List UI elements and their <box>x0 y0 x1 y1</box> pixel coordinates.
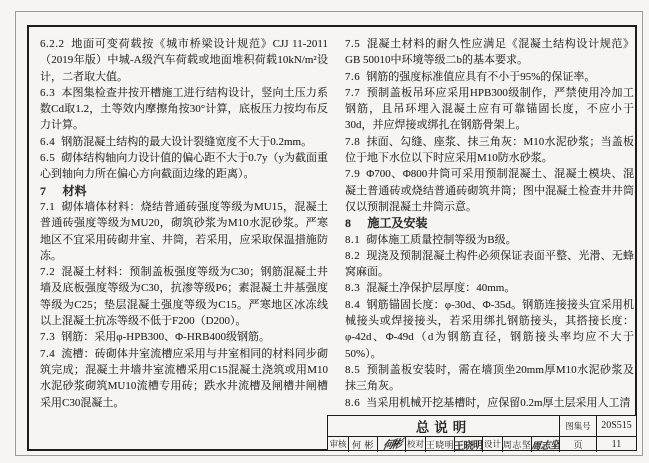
clause-8-5: 8.5预制盖板安装时，需在墙顶坐20mm厚M10水泥砂浆及抹三角灰。 <box>345 362 634 395</box>
clause-number: 7.6 <box>345 71 360 83</box>
clause-6-4: 6.4钢筋混凝土结构的最大设计裂缝宽度不大于0.2mm。 <box>40 134 328 150</box>
clause-8-3: 8.3混凝土净保护层厚度：40mm。 <box>345 280 634 296</box>
clause-6-2-2: 6.2.2地面可变荷载按《城市桥梁设计规范》CJJ 11-2011（2019年版… <box>40 36 328 85</box>
clause-text: 砌体施工质量控制等级为B级。 <box>366 234 516 246</box>
clause-number: 7.1 <box>40 201 55 213</box>
clause-7-7: 7.7预制盖板吊环应采用HPB300级制作，严禁使用冷加工钢筋，且吊环埋入混凝土… <box>345 85 634 134</box>
clause-8-1: 8.1砌体施工质量控制等级为B级。 <box>345 232 634 248</box>
clause-text: 钢筋的强度标准值应具有不小于95%的保证率。 <box>366 71 595 83</box>
design-label: 设计 <box>482 437 502 452</box>
clause-text: Φ700、Φ800井筒可采用预制混凝土、混凝土模块、混凝土普通砖或烧结普通砖砌筑… <box>345 168 634 213</box>
clause-number: 7.4 <box>40 348 55 360</box>
clause-number: 7.3 <box>40 331 55 343</box>
clause-text: 砌体结构轴向力设计值的偏心距不大于0.7y（y为截面重心到轴向力所在偏心方向截面… <box>40 152 328 180</box>
clause-text: 流槽：砖砌体井室流槽应采用与井室相同的材料同步砌筑完成；混凝土井墙井室流槽采用C… <box>40 348 328 409</box>
clause-text: 当采用机械开挖基槽时，应保留0.2m厚土层采用人工清 <box>366 397 630 409</box>
checker-signature: 王晓明 <box>454 437 482 452</box>
checker-signature-text: 王晓明 <box>454 437 482 452</box>
designer-signature: 周志坚 <box>531 437 559 452</box>
reviewer-name: 何 彬 <box>348 437 377 452</box>
clause-7-1: 7.1砌体墙体材料：烧结普通砖强度等级为MU15，混凝土普通砖强度等级为MU20… <box>40 199 328 264</box>
clause-8-6: 8.6当采用机械开挖基槽时，应保留0.2m厚土层采用人工清 <box>345 395 634 411</box>
title-block: 总说明 图集号 20S515 审核 何 彬 何彬 校对 王晓明 王晓明 设计 周… <box>327 415 637 451</box>
clause-text: 混凝土材料的耐久性应满足《混凝土结构设计规范》GB 50010中环境等级二b的基… <box>345 38 634 66</box>
clause-7-8: 7.8抹面、勾缝、座浆、抹三角灰：M10水泥砂浆；当盖板位于地下水位以下时应采用… <box>345 134 634 167</box>
clause-text: 钢筋：采用φ-HPB300、Φ-HRB400级钢筋。 <box>61 331 270 343</box>
clause-8-2: 8.2现浇及预制混凝土构件必须保证表面平整、光滑、无蜂窝麻面。 <box>345 248 634 281</box>
check-label: 校对 <box>405 437 425 452</box>
clause-number: 6.2.2 <box>40 38 65 50</box>
title-block-row-bottom: 审核 何 彬 何彬 校对 王晓明 王晓明 设计 周志坚 周志坚 页 11 <box>328 437 636 452</box>
clause-text: 预制盖板吊环应采用HPB300级制作，严禁使用冷加工钢筋，且吊环埋入混凝土应有可… <box>345 87 634 132</box>
title-block-row-top: 总说明 图集号 20S515 <box>328 416 636 437</box>
notes-column-left: 6.2.2地面可变荷载按《城市桥梁设计规范》CJJ 11-2011（2019年版… <box>40 36 328 411</box>
review-label: 审核 <box>328 437 348 452</box>
clause-number: 8.6 <box>345 397 360 409</box>
clause-number: 6.5 <box>40 152 55 164</box>
checker-name: 王晓明 <box>425 437 454 452</box>
section-title: 材料 <box>63 184 87 198</box>
section-number: 7 <box>40 184 47 198</box>
reviewer-signature-text: 何彬 <box>381 437 402 452</box>
clause-number: 8.2 <box>345 250 360 262</box>
clause-number: 6.4 <box>40 136 55 148</box>
clause-8-4: 8.4钢筋锚固长度：φ-30d、Φ-35d。钢筋连接接头宜采用机械接头或焊接接头… <box>345 297 634 362</box>
sheet-title: 总说明 <box>328 416 559 436</box>
notes-column-right: 7.5混凝土材料的耐久性应满足《混凝土结构设计规范》GB 50010中环境等级二… <box>345 36 634 411</box>
clause-number: 8.4 <box>345 299 360 311</box>
clause-number: 8.5 <box>345 364 360 376</box>
clause-text: 混凝土材料：预制盖板强度等级为C30；钢筋混凝土井墙及底板强度等级为C30，抗渗… <box>40 266 328 327</box>
clause-number: 7.8 <box>345 136 360 148</box>
clause-number: 7.9 <box>345 168 360 180</box>
clause-7-3: 7.3钢筋：采用φ-HPB300、Φ-HRB400级钢筋。 <box>40 329 328 345</box>
clause-text: 地面可变荷载按《城市桥梁设计规范》CJJ 11-2011（2019年版）中城-A… <box>40 38 328 83</box>
section-heading-construction: 8施工及安装 <box>345 215 634 231</box>
clause-number: 8.1 <box>345 234 360 246</box>
clause-6-3: 6.3本图集检查井按开槽施工进行结构设计，竖向土压力系数Cd取1.2，土等效内摩… <box>40 85 328 134</box>
clause-7-9: 7.9Φ700、Φ800井筒可采用预制混凝土、混凝土模块、混凝土普通砖或烧结普通… <box>345 166 634 215</box>
clause-7-2: 7.2混凝土材料：预制盖板强度等级为C30；钢筋混凝土井墙及底板强度等级为C30… <box>40 264 328 329</box>
clause-number: 7.2 <box>40 266 55 278</box>
designer-name: 周志坚 <box>502 437 531 452</box>
clause-text: 抹面、勾缝、座浆、抹三角灰：M10水泥砂浆；当盖板位于地下水位以下时应采用M10… <box>345 136 634 164</box>
clause-text: 混凝土净保护层厚度：40mm。 <box>366 282 515 294</box>
atlas-number: 20S515 <box>596 416 636 436</box>
clause-number: 8.3 <box>345 282 360 294</box>
section-heading-materials: 7材料 <box>40 183 328 199</box>
clause-number: 6.3 <box>40 87 55 99</box>
clause-number: 7.5 <box>345 38 360 50</box>
page-number: 11 <box>596 437 636 452</box>
clause-text: 砌体墙体材料：烧结普通砖强度等级为MU15，混凝土普通砖强度等级为MU20，砌筑… <box>40 201 328 262</box>
clause-7-4: 7.4流槽：砖砌体井室流槽应采用与井室相同的材料同步砌筑完成；混凝土井墙井室流槽… <box>40 346 328 411</box>
clause-7-6: 7.6钢筋的强度标准值应具有不小于95%的保证率。 <box>345 69 634 85</box>
clause-6-5: 6.5砌体结构轴向力设计值的偏心距不大于0.7y（y为截面重心到轴向力所在偏心方… <box>40 150 328 183</box>
clause-number: 7.7 <box>345 87 360 99</box>
atlas-number-label: 图集号 <box>559 416 596 436</box>
clause-text: 现浇及预制混凝土构件必须保证表面平整、光滑、无蜂窝麻面。 <box>345 250 634 278</box>
clause-7-5: 7.5混凝土材料的耐久性应满足《混凝土结构设计规范》GB 50010中环境等级二… <box>345 36 634 69</box>
clause-text: 预制盖板安装时，需在墙顶坐20mm厚M10水泥砂浆及抹三角灰。 <box>345 364 634 392</box>
clause-text: 钢筋锚固长度：φ-30d、Φ-35d。钢筋连接接头宜采用机械接头或焊接接头，若采… <box>345 299 634 360</box>
clause-text: 本图集检查井按开槽施工进行结构设计，竖向土压力系数Cd取1.2，土等效内摩擦角按… <box>40 87 328 132</box>
section-number: 8 <box>345 216 352 230</box>
page-label: 页 <box>559 437 596 452</box>
section-title: 施工及安装 <box>368 216 428 230</box>
clause-text: 钢筋混凝土结构的最大设计裂缝宽度不大于0.2mm。 <box>61 136 312 148</box>
designer-signature-text: 周志坚 <box>531 437 559 452</box>
reviewer-signature: 何彬 <box>377 437 405 452</box>
